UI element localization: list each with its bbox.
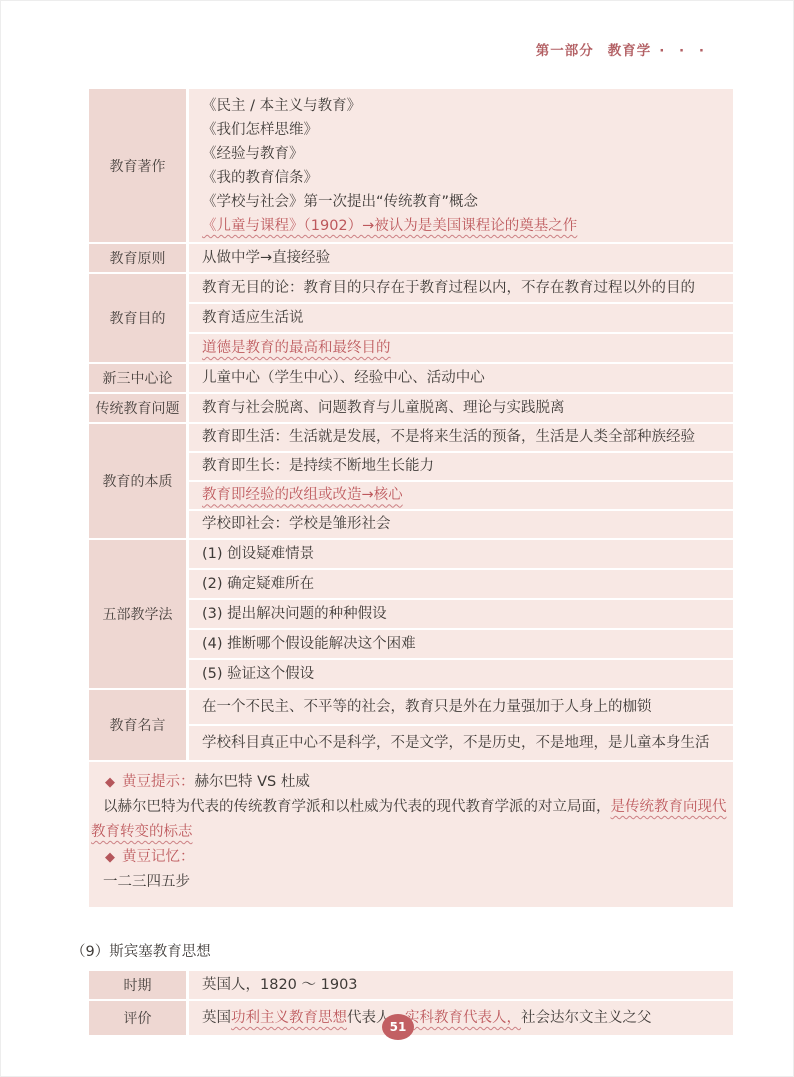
content-cell: 学校即社会：学校是雏形社会 (189, 511, 733, 538)
memory-text: 一二三四五步 (91, 870, 727, 895)
row-label: 教育目的 (89, 274, 186, 362)
main-content: 教育著作 《民主 / 本主义与教育》 《我们怎样思维》 《经验与教育》 《我的教… (89, 89, 733, 1037)
work-title-highlighted: 《儿童与课程》（1902）→被认为是美国课程论的奠基之作 (202, 214, 733, 238)
row-label: 新三中心论 (89, 364, 186, 392)
content-cell-highlighted: 教育即经验的改组或改造→核心 (189, 482, 733, 509)
cell-text: 教育无目的论：教育目的只存在于教育过程以内，不存在教育过程以外的目的 (202, 279, 695, 297)
tip-heading: ◆黄豆提示：赫尔巴特 VS 杜威 (91, 770, 727, 795)
content-cell: (3) 提出解决问题的种种假设 (189, 600, 733, 628)
highlighted-text: 教育即经验的改组或改造→核心 (202, 486, 403, 504)
diamond-bullet-icon: ◆ (105, 850, 115, 865)
content-cell: 教育无目的论：教育目的只存在于教育过程以内，不存在教育过程以外的目的 (189, 274, 733, 302)
table-row-quotes: 教育名言 在一个不民主、不平等的社会，教育只是外在力量强加于人身上的枷锁 学校科… (89, 690, 733, 760)
content-cell: 英国人，1820 ～ 1903 (189, 971, 733, 999)
content-cell: 从做中学→直接经验 (189, 244, 733, 272)
cell-text: 英国人，1820 ～ 1903 (202, 976, 358, 994)
table-row-new-three-centers: 新三中心论 儿童中心（学生中心）、经验中心、活动中心 (89, 364, 733, 392)
cell-text: 教育即生长：是持续不断地生长能力 (202, 457, 434, 475)
row-content: 在一个不民主、不平等的社会，教育只是外在力量强加于人身上的枷锁 学校科目真正中心… (189, 690, 733, 760)
table-row-five-steps: 五部教学法 (1) 创设疑难情景 (2) 确定疑难所在 (3) 提出解决问题的种… (89, 540, 733, 688)
content-cell-highlighted: 道德是教育的最高和最终目的 (189, 334, 733, 362)
cell-text: 在一个不民主、不平等的社会，教育只是外在力量强加于人身上的枷锁 (202, 698, 652, 716)
content-cell: 教育适应生活说 (189, 304, 733, 332)
row-content: (1) 创设疑难情景 (2) 确定疑难所在 (3) 提出解决问题的种种假设 (4… (189, 540, 733, 688)
content-cell: 教育与社会脱离、问题教育与儿童脱离、理论与实践脱离 (189, 394, 733, 422)
content-cell: (4) 推断哪个假设能解决这个困难 (189, 630, 733, 658)
header-subject-label: 教育学 (608, 43, 652, 59)
tip-body-text: 以赫尔巴特为代表的传统教育学派和以杜威为代表的现代教育学派的对立局面， (103, 799, 611, 815)
cell-text: 教育与社会脱离、问题教育与儿童脱离、理论与实践脱离 (202, 399, 565, 417)
cell-text: (3) 提出解决问题的种种假设 (202, 605, 387, 623)
cell-text: 教育即生活：生活就是发展，不是将来生活的预备，生活是人类全部种族经验 (202, 428, 695, 446)
works-cell: 《民主 / 本主义与教育》 《我们怎样思维》 《经验与教育》 《我的教育信条》 … (189, 89, 733, 242)
content-cell: (5) 验证这个假设 (189, 660, 733, 688)
work-title: 《我们怎样思维》 (202, 118, 733, 142)
header-dots: · · · (659, 43, 709, 59)
content-cell: (1) 创设疑难情景 (189, 540, 733, 568)
cell-text: (4) 推断哪个假设能解决这个困难 (202, 635, 416, 653)
cell-text: 从做中学→直接经验 (202, 249, 330, 267)
row-label: 教育的本质 (89, 424, 186, 538)
row-label: 教育名言 (89, 690, 186, 760)
highlighted-text: 道德是教育的最高和最终目的 (202, 339, 391, 357)
row-label: 时期 (89, 971, 186, 999)
highlighted-text: 实科教育代表人， (405, 1009, 521, 1027)
table-row-essence: 教育的本质 教育即生活：生活就是发展，不是将来生活的预备，生活是人类全部种族经验… (89, 424, 733, 538)
work-title: 《学校与社会》第一次提出“传统教育”概念 (202, 190, 733, 214)
page-number-badge: 51 (382, 1014, 414, 1040)
row-content: 教育即生活：生活就是发展，不是将来生活的预备，生活是人类全部种族经验 教育即生长… (189, 424, 733, 538)
content-cell: 英国功利主义教育思想代表人，实科教育代表人，社会达尔文主义之父 (189, 1001, 733, 1035)
row-content: 英国功利主义教育思想代表人，实科教育代表人，社会达尔文主义之父 (189, 1001, 733, 1035)
work-title: 《我的教育信条》 (202, 166, 733, 190)
row-label: 传统教育问题 (89, 394, 186, 422)
cell-text: (5) 验证这个假设 (202, 665, 314, 683)
cell-text: 儿童中心（学生中心）、经验中心、活动中心 (202, 369, 485, 387)
section-title: （9）斯宾塞教育思想 (71, 940, 733, 961)
table-row-period: 时期 英国人，1820 ～ 1903 (89, 971, 733, 999)
memory-heading: ◆黄豆记忆： (91, 845, 727, 870)
cell-text: 教育适应生活说 (202, 309, 304, 327)
document-page: 第一部分教育学· · · 教育著作 《民主 / 本主义与教育》 《我们怎样思维》… (0, 0, 794, 1077)
row-label: 五部教学法 (89, 540, 186, 688)
row-label: 教育原则 (89, 244, 186, 272)
content-cell: (2) 确定疑难所在 (189, 570, 733, 598)
notes-block: ◆黄豆提示：赫尔巴特 VS 杜威 以赫尔巴特为代表的传统教育学派和以杜威为代表的… (89, 762, 733, 907)
highlighted-text: 功利主义教育思想 (231, 1009, 347, 1027)
row-content: 英国人，1820 ～ 1903 (189, 971, 733, 999)
header-part-label: 第一部分 (536, 43, 594, 59)
row-label: 教育著作 (89, 89, 186, 242)
tip-body: 以赫尔巴特为代表的传统教育学派和以杜威为代表的现代教育学派的对立局面，是传统教育… (91, 795, 727, 845)
table-row-works: 教育著作 《民主 / 本主义与教育》 《我们怎样思维》 《经验与教育》 《我的教… (89, 89, 733, 242)
content-cell: 儿童中心（学生中心）、经验中心、活动中心 (189, 364, 733, 392)
table-row-traditional-problems: 传统教育问题 教育与社会脱离、问题教育与儿童脱离、理论与实践脱离 (89, 394, 733, 422)
dewey-table: 教育著作 《民主 / 本主义与教育》 《我们怎样思维》 《经验与教育》 《我的教… (89, 89, 733, 760)
tip-title: 赫尔巴特 VS 杜威 (195, 774, 310, 790)
content-cell: 在一个不民主、不平等的社会，教育只是外在力量强加于人身上的枷锁 (189, 690, 733, 724)
row-content: 儿童中心（学生中心）、经验中心、活动中心 (189, 364, 733, 392)
row-content: 《民主 / 本主义与教育》 《我们怎样思维》 《经验与教育》 《我的教育信条》 … (189, 89, 733, 242)
cell-text: 学校科目真正中心不是科学，不是文学，不是历史，不是地理，是儿童本身生活 (202, 734, 710, 752)
cell-text: 社会达尔文主义之父 (521, 1009, 652, 1027)
diamond-bullet-icon: ◆ (105, 775, 115, 790)
running-header: 第一部分教育学· · · (536, 39, 709, 59)
cell-text: 英国 (202, 1009, 231, 1027)
table-row-principle: 教育原则 从做中学→直接经验 (89, 244, 733, 272)
row-content: 教育无目的论：教育目的只存在于教育过程以内，不存在教育过程以外的目的 教育适应生… (189, 274, 733, 362)
cell-text: 学校即社会：学校是雏形社会 (202, 515, 391, 533)
content-cell: 学校科目真正中心不是科学，不是文学，不是历史，不是地理，是儿童本身生活 (189, 726, 733, 760)
table-row-purpose: 教育目的 教育无目的论：教育目的只存在于教育过程以内，不存在教育过程以外的目的 … (89, 274, 733, 362)
tip-label: 黄豆提示： (122, 774, 195, 790)
work-title: 《经验与教育》 (202, 142, 733, 166)
content-cell: 教育即生长：是持续不断地生长能力 (189, 453, 733, 480)
cell-text: (1) 创设疑难情景 (202, 545, 314, 563)
memory-label: 黄豆记忆： (122, 849, 195, 865)
work-title: 《民主 / 本主义与教育》 (202, 94, 733, 118)
content-cell: 教育即生活：生活就是发展，不是将来生活的预备，生活是人类全部种族经验 (189, 424, 733, 451)
row-content: 教育与社会脱离、问题教育与儿童脱离、理论与实践脱离 (189, 394, 733, 422)
row-content: 从做中学→直接经验 (189, 244, 733, 272)
row-label: 评价 (89, 1001, 186, 1035)
cell-text: (2) 确定疑难所在 (202, 575, 314, 593)
highlighted-text: 《儿童与课程》（1902）→被认为是美国课程论的奠基之作 (202, 218, 577, 234)
